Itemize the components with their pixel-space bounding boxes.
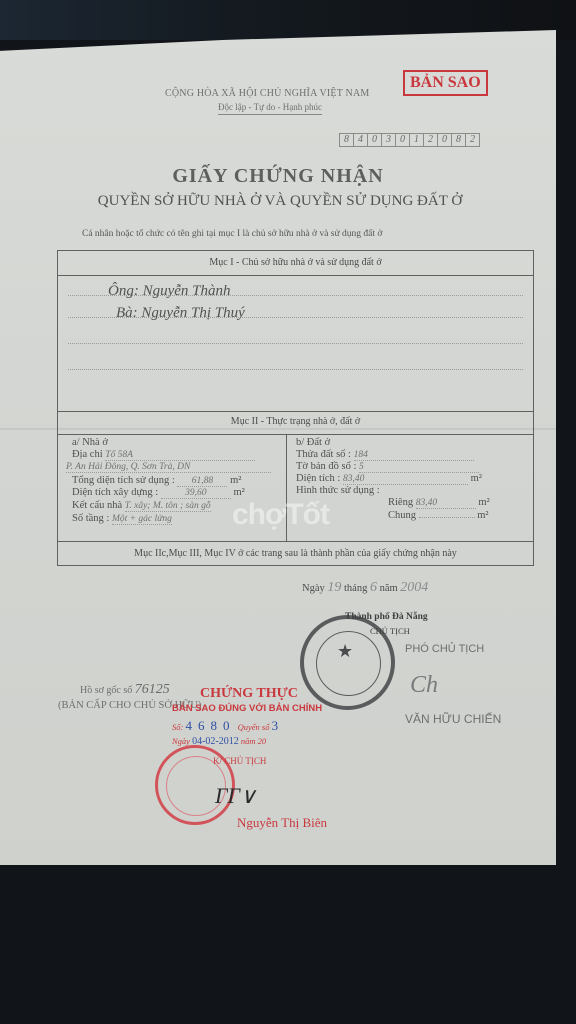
- certification-subtitle: BẢN SAO ĐÚNG VỚI BẢN CHÍNH: [172, 703, 322, 714]
- serial-digit: 2: [465, 133, 480, 147]
- nation-heading: CỘNG HÒA XÃ HỘI CHỦ NGHĨA VIỆT NAM: [165, 88, 370, 99]
- section-2-footer: Mục IIc,Mục III, Mục IV ở các trang sau …: [58, 541, 533, 566]
- document-title: GIẤY CHỨNG NHẬN: [0, 165, 556, 188]
- section-1-header: Mục I - Chủ sở hữu nhà ở và sử dụng đất …: [58, 251, 533, 276]
- serial-digit: 8: [339, 133, 354, 147]
- signature-2: ΓΓ∨: [215, 783, 256, 809]
- deputy-title: PHÓ CHỦ TỊCH: [405, 643, 484, 655]
- owner-1: Ông: Nguyễn Thành: [108, 283, 231, 300]
- section-2-header: Mục II - Thực trạng nhà ở, đất ở: [58, 410, 533, 435]
- original-record: Hồ sơ gốc số 76125: [80, 682, 170, 698]
- document-subtitle: QUYỀN SỞ HỮU NHÀ Ở VÀ QUYỀN SỬ DỤNG ĐẤT …: [0, 193, 560, 210]
- serial-number: 8 4 0 3 0 1 2 0 8 2: [340, 133, 480, 147]
- certification-role: K/ CHỦ TỊCH: [213, 756, 266, 766]
- land-map-sheet: Tờ bản đồ số : 5: [296, 461, 479, 473]
- serial-digit: 3: [381, 133, 396, 147]
- intro-text: Cá nhân hoặc tổ chức có tên ghi tại mục …: [82, 229, 382, 239]
- house-label: a/ Nhà ở: [72, 437, 108, 448]
- serial-digit: 2: [423, 133, 438, 147]
- serial-digit: 0: [367, 133, 382, 147]
- land-shared: Chung m²: [388, 510, 489, 521]
- house-total-area: Tổng diện tích sử dụng : 61,88 m²: [72, 475, 241, 487]
- copy-stamp: BẢN SAO: [403, 70, 488, 96]
- land-private: Riêng 83,40 m²: [388, 497, 490, 509]
- serial-digit: 0: [395, 133, 410, 147]
- chotot-watermark: chợTốt: [232, 498, 329, 532]
- serial-digit: 1: [409, 133, 424, 147]
- signatory-city: Thành phố Đà Nẵng: [345, 612, 428, 622]
- house-address: Địa chỉ Tổ 58A: [72, 449, 255, 461]
- section-2-box: Mục II - Thực trạng nhà ở, đất ở a/ Nhà …: [57, 410, 534, 566]
- house-address-line-2: P. An Hải Đông, Q. Sơn Trà, DN: [66, 461, 271, 473]
- land-plot: Thửa đất số : 184: [296, 449, 474, 461]
- signatory-title: CHỦ TỊCH: [370, 626, 410, 636]
- house-structure: Kết cấu nhà T. xây; M. tôn ; sàn gỗ: [72, 500, 211, 512]
- land-area: Diện tích : 83,40 m²: [296, 473, 482, 485]
- issue-date: Ngày 19 tháng 6 năm 2004: [302, 580, 428, 596]
- certification-number: Số: 4680 Quyển số 3: [172, 718, 278, 734]
- owner-2: Bà: Nguyễn Thị Thuý: [116, 305, 245, 322]
- serial-digit: 4: [353, 133, 368, 147]
- certification-title: CHỨNG THỰC: [200, 686, 298, 702]
- land-usage-label: Hình thức sử dụng :: [296, 485, 380, 496]
- serial-digit: 0: [437, 133, 452, 147]
- signature-1: Ch: [410, 672, 438, 699]
- national-motto: Độc lập - Tự do - Hạnh phúc: [218, 102, 322, 115]
- land-label: b/ Đất ở: [296, 437, 330, 448]
- certification-signer: Nguyễn Thị Biên: [237, 815, 327, 831]
- section-1-box: Mục I - Chủ sở hữu nhà ở và sử dụng đất …: [57, 250, 534, 412]
- house-built-area: Diện tích xây dựng : 39,60 m²: [72, 487, 245, 499]
- signatory-name: VĂN HỮU CHIẾN: [405, 712, 501, 726]
- house-floors: Số tầng : Một + gác lửng: [72, 513, 172, 525]
- serial-digit: 8: [451, 133, 466, 147]
